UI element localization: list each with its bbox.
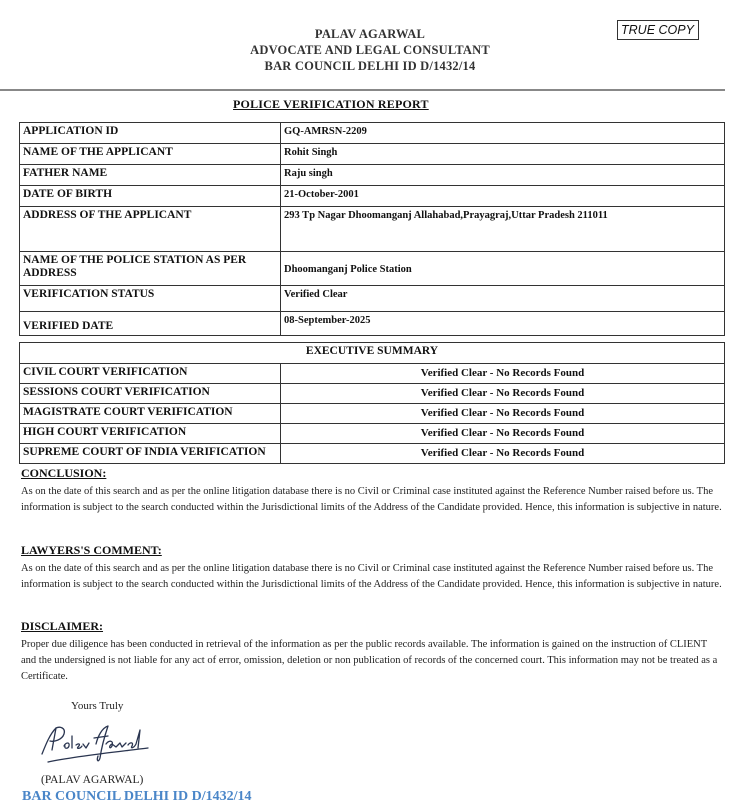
lawyers-comment-section: LAWYERS'S COMMENT: As on the date of thi… bbox=[21, 543, 723, 593]
table-row: VERIFICATION STATUS Verified Clear bbox=[20, 286, 725, 312]
table-row: NAME OF THE POLICE STATION AS PER ADDRES… bbox=[20, 252, 725, 286]
table-row: SESSIONS COURT VERIFICATION Verified Cle… bbox=[20, 384, 725, 404]
table-row: HIGH COURT VERIFICATION Verified Clear -… bbox=[20, 424, 725, 444]
conclusion-text: As on the date of this search and as per… bbox=[21, 484, 723, 516]
table-row: CIVIL COURT VERIFICATION Verified Clear … bbox=[20, 364, 725, 384]
table-header-row: EXECUTIVE SUMMARY bbox=[20, 343, 725, 364]
field-label: ADDRESS OF THE APPLICANT bbox=[20, 207, 281, 252]
field-label: NAME OF THE APPLICANT bbox=[20, 144, 281, 165]
field-value: 08-September-2025 bbox=[281, 312, 725, 336]
report-title: POLICE VERIFICATION REPORT bbox=[233, 97, 429, 112]
field-value: Raju singh bbox=[281, 165, 725, 186]
field-label: DATE OF BIRTH bbox=[20, 186, 281, 207]
signature-icon bbox=[36, 722, 156, 768]
table-row: ADDRESS OF THE APPLICANT 293 Tp Nagar Dh… bbox=[20, 207, 725, 252]
table-row: NAME OF THE APPLICANT Rohit Singh bbox=[20, 144, 725, 165]
court-label: MAGISTRATE COURT VERIFICATION bbox=[20, 404, 281, 424]
lawyers-comment-text: As on the date of this search and as per… bbox=[21, 561, 723, 593]
applicant-details-table: APPLICATION ID GQ-AMRSN-2209 NAME OF THE… bbox=[19, 122, 725, 336]
field-label: APPLICATION ID bbox=[20, 123, 281, 144]
field-label: NAME OF THE POLICE STATION AS PER ADDRES… bbox=[20, 252, 281, 286]
conclusion-section: CONCLUSION: As on the date of this searc… bbox=[21, 466, 723, 516]
field-label: VERIFIED DATE bbox=[20, 312, 281, 336]
closing-text: Yours Truly bbox=[71, 700, 123, 712]
signatory-name: (PALAV AGARWAL) bbox=[41, 774, 143, 786]
court-status: Verified Clear - No Records Found bbox=[281, 404, 725, 424]
letterhead: PALAV AGARWAL ADVOCATE AND LEGAL CONSULT… bbox=[200, 26, 540, 74]
field-value: 21-October-2001 bbox=[281, 186, 725, 207]
field-value: Rohit Singh bbox=[281, 144, 725, 165]
advocate-bar-id: BAR COUNCIL DELHI ID D/1432/14 bbox=[200, 58, 540, 74]
advocate-designation: ADVOCATE AND LEGAL CONSULTANT bbox=[200, 42, 540, 58]
lawyers-comment-heading: LAWYERS'S COMMENT: bbox=[21, 543, 723, 558]
field-value: Dhoomanganj Police Station bbox=[281, 252, 725, 286]
disclaimer-section: DISCLAIMER: Proper due diligence has bee… bbox=[21, 619, 723, 685]
conclusion-heading: CONCLUSION: bbox=[21, 466, 723, 481]
field-label: FATHER NAME bbox=[20, 165, 281, 186]
table-row: MAGISTRATE COURT VERIFICATION Verified C… bbox=[20, 404, 725, 424]
table-row: FATHER NAME Raju singh bbox=[20, 165, 725, 186]
header-divider bbox=[0, 89, 725, 91]
field-value: 293 Tp Nagar Dhoomanganj Allahabad,Praya… bbox=[281, 207, 725, 252]
court-status: Verified Clear - No Records Found bbox=[281, 444, 725, 464]
court-label: SUPREME COURT OF INDIA VERIFICATION bbox=[20, 444, 281, 464]
field-value: GQ-AMRSN-2209 bbox=[281, 123, 725, 144]
advocate-name: PALAV AGARWAL bbox=[200, 26, 540, 42]
court-label: CIVIL COURT VERIFICATION bbox=[20, 364, 281, 384]
table-row: VERIFIED DATE 08-September-2025 bbox=[20, 312, 725, 336]
summary-title: EXECUTIVE SUMMARY bbox=[20, 343, 725, 364]
court-label: HIGH COURT VERIFICATION bbox=[20, 424, 281, 444]
disclaimer-text: Proper due diligence has been conducted … bbox=[21, 637, 723, 685]
court-label: SESSIONS COURT VERIFICATION bbox=[20, 384, 281, 404]
true-copy-stamp: TRUE COPY bbox=[617, 20, 699, 40]
executive-summary-table: EXECUTIVE SUMMARY CIVIL COURT VERIFICATI… bbox=[19, 342, 725, 464]
table-row: DATE OF BIRTH 21-October-2001 bbox=[20, 186, 725, 207]
table-row: APPLICATION ID GQ-AMRSN-2209 bbox=[20, 123, 725, 144]
court-status: Verified Clear - No Records Found bbox=[281, 384, 725, 404]
field-label: VERIFICATION STATUS bbox=[20, 286, 281, 312]
disclaimer-heading: DISCLAIMER: bbox=[21, 619, 723, 634]
court-status: Verified Clear - No Records Found bbox=[281, 364, 725, 384]
field-value: Verified Clear bbox=[281, 286, 725, 312]
table-row: SUPREME COURT OF INDIA VERIFICATION Veri… bbox=[20, 444, 725, 464]
court-status: Verified Clear - No Records Found bbox=[281, 424, 725, 444]
signatory-bar-id: BAR COUNCIL DELHI ID D/1432/14 bbox=[22, 789, 251, 805]
